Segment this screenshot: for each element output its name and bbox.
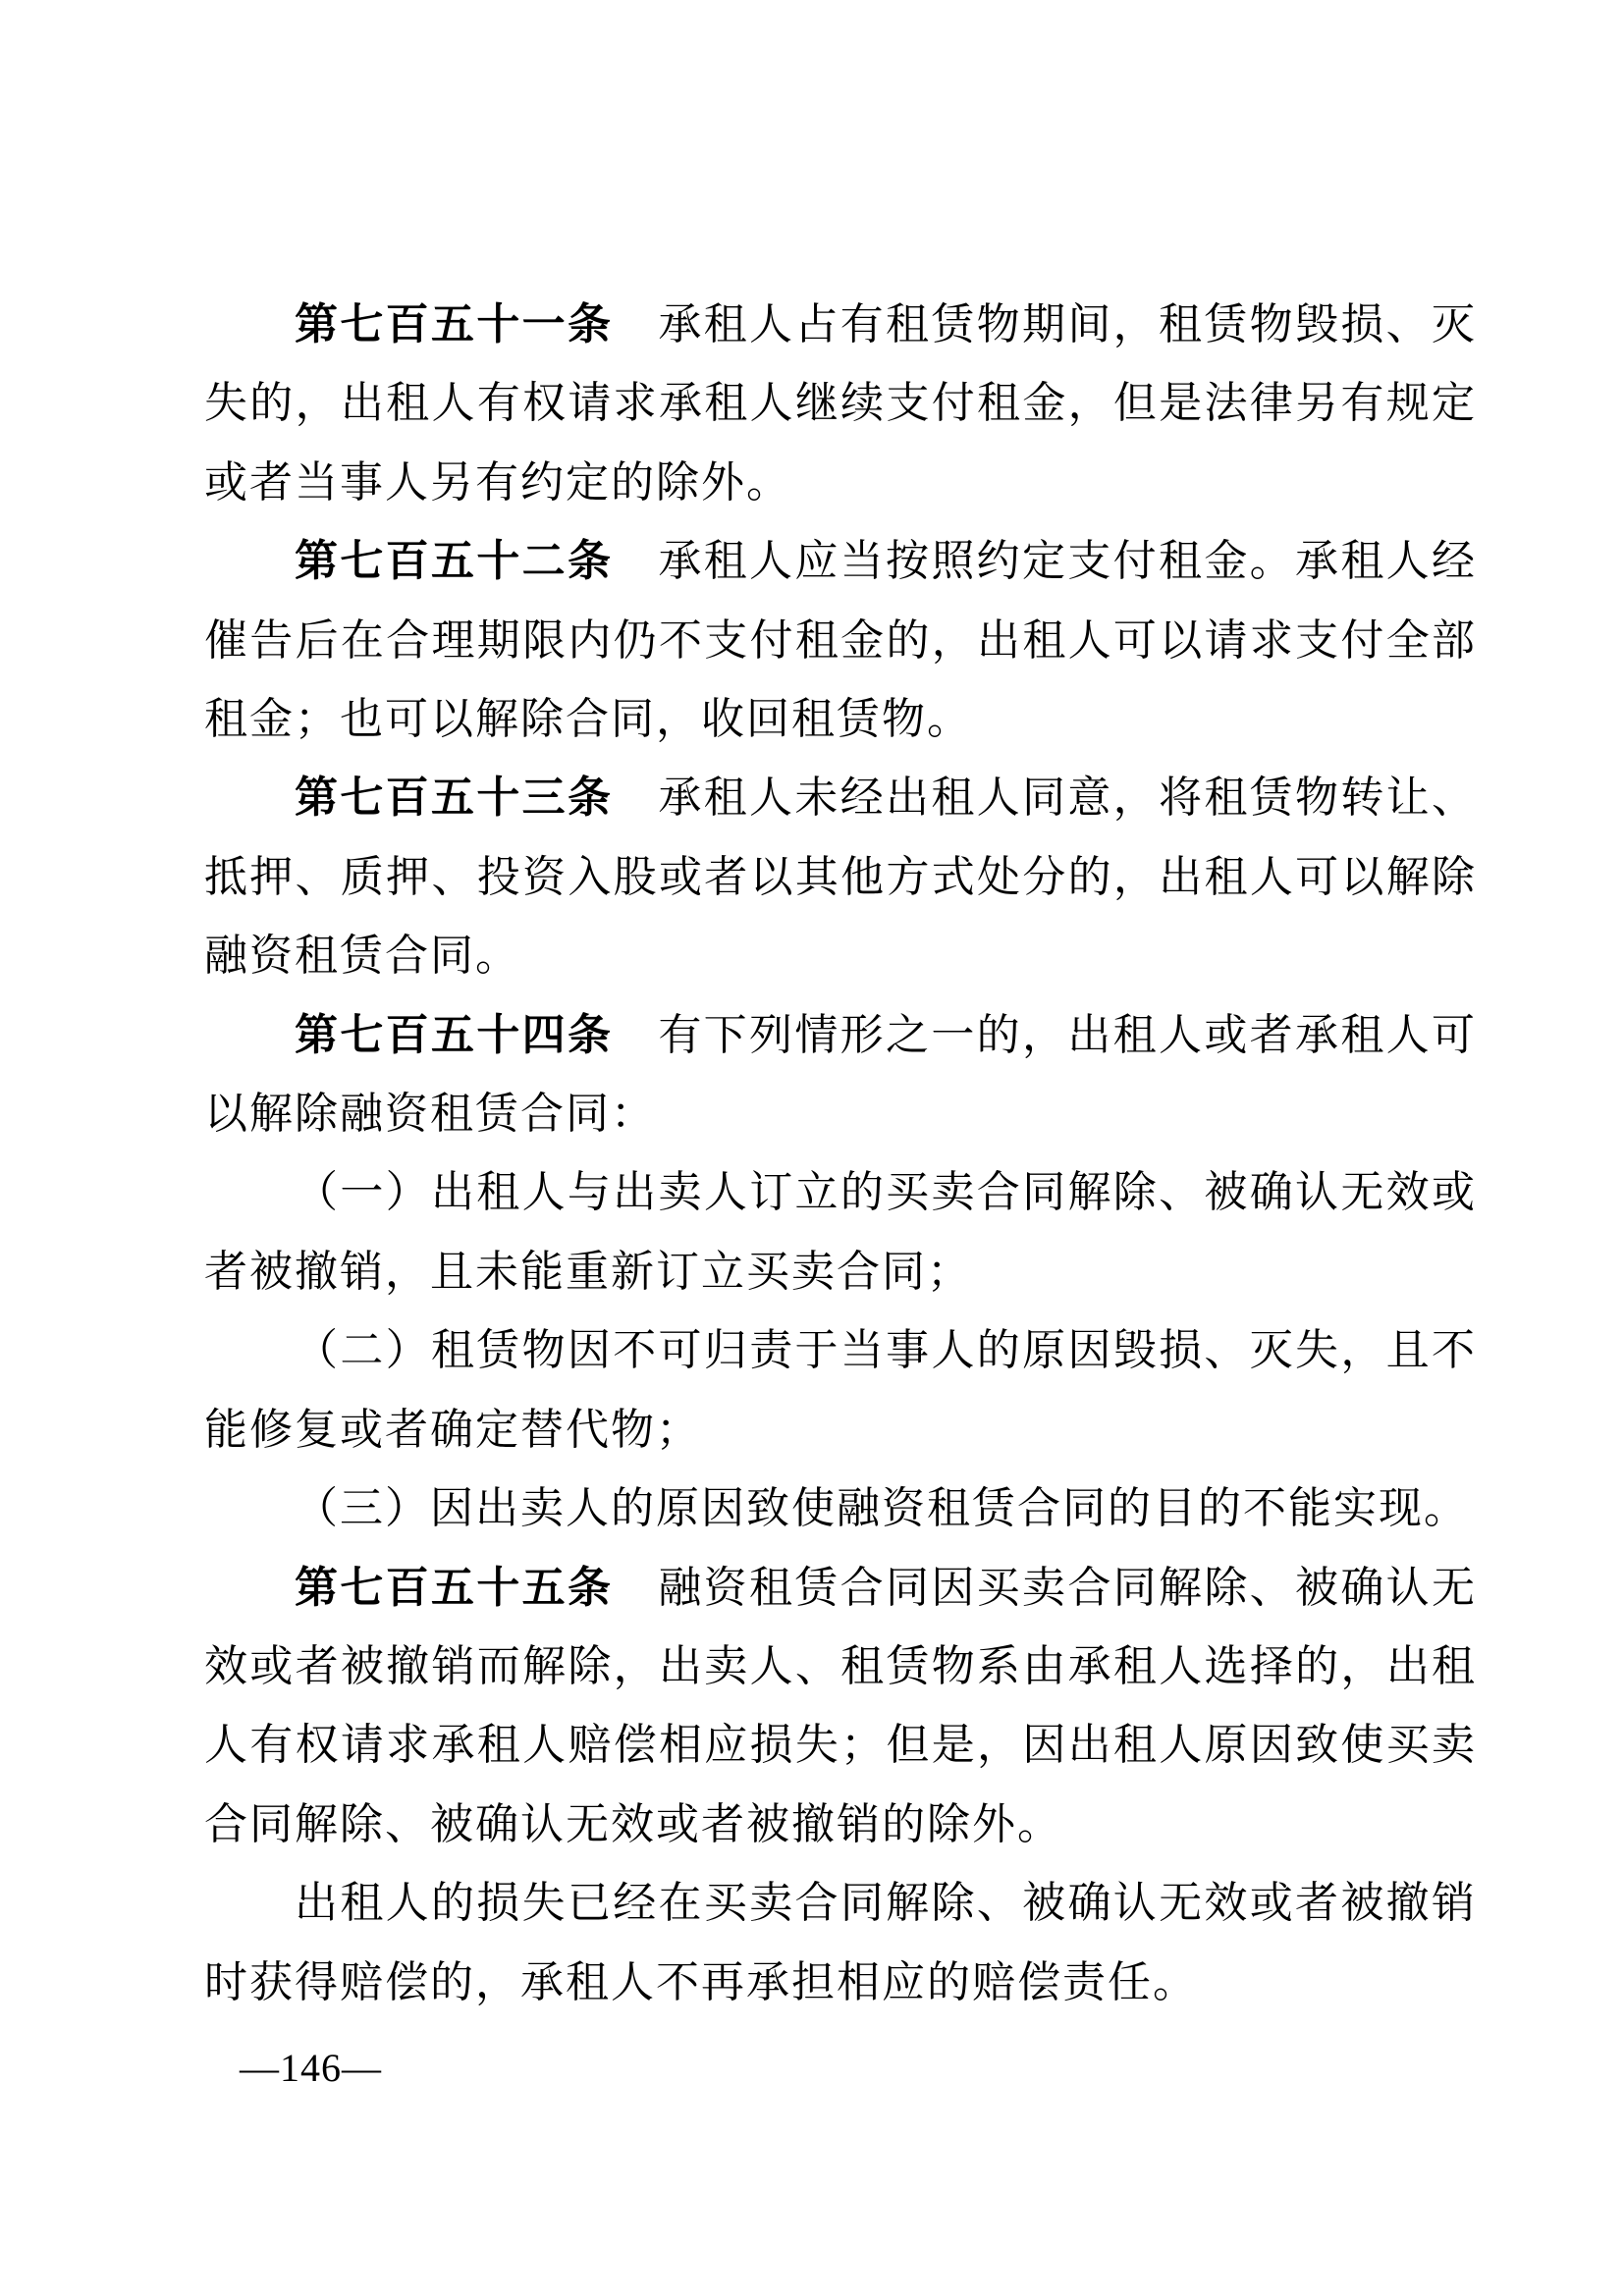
list-item-paragraph: （二）租赁物因不可归责于当事人的原因毁损、灭失，且不能修复或者确定替代物； xyxy=(204,1311,1477,1469)
article-number: 第七百五十二条 xyxy=(295,537,613,585)
article-number: 第七百五十一条 xyxy=(295,300,613,348)
document-body: 第七百五十一条承租人占有租赁物期间，租赁物毁损、灭失的，出租人有权请求承租人继续… xyxy=(204,286,1477,2022)
article-number: 第七百五十四条 xyxy=(295,1011,613,1059)
paragraph-text: （一）出租人与出卖人订立的买卖合同解除、被确认无效或者被撤销，且未能重新订立买卖… xyxy=(204,1168,1477,1295)
article-paragraph: 第七百五十二条承租人应当按照约定支付租金。承租人经催告后在合理期限内仍不支付租金… xyxy=(204,522,1477,759)
article-number: 第七百五十五条 xyxy=(295,1564,613,1612)
article-paragraph: 第七百五十一条承租人占有租赁物期间，租赁物毁损、灭失的，出租人有权请求承租人继续… xyxy=(204,286,1477,522)
page-number: —146— xyxy=(240,2044,382,2093)
list-item-paragraph: （三）因出卖人的原因致使融资租赁合同的目的不能实现。 xyxy=(204,1469,1477,1548)
body-paragraph: 出租人的损失已经在买卖合同解除、被确认无效或者被撤销时获得赔偿的，承租人不再承担… xyxy=(204,1864,1477,2022)
paragraph-text: 出租人的损失已经在买卖合同解除、被确认无效或者被撤销时获得赔偿的，承租人不再承担… xyxy=(204,1879,1477,2005)
article-paragraph: 第七百五十五条融资租赁合同因买卖合同解除、被确认无效或者被撤销而解除，出卖人、租… xyxy=(204,1549,1477,1865)
article-paragraph: 第七百五十三条承租人未经出租人同意，将租赁物转让、抵押、质押、投资入股或者以其他… xyxy=(204,759,1477,995)
paragraph-text: （三）因出卖人的原因致使融资租赁合同的目的不能实现。 xyxy=(295,1484,1469,1532)
list-item-paragraph: （一）出租人与出卖人订立的买卖合同解除、被确认无效或者被撤销，且未能重新订立买卖… xyxy=(204,1153,1477,1311)
article-number: 第七百五十三条 xyxy=(295,774,613,822)
paragraph-text: （二）租赁物因不可归责于当事人的原因毁损、灭失，且不能修复或者确定替代物； xyxy=(204,1326,1477,1453)
article-paragraph: 第七百五十四条有下列情形之一的，出租人或者承租人可以解除融资租赁合同： xyxy=(204,996,1477,1154)
document-page: 第七百五十一条承租人占有租赁物期间，租赁物毁损、灭失的，出租人有权请求承租人继续… xyxy=(0,0,1624,2296)
